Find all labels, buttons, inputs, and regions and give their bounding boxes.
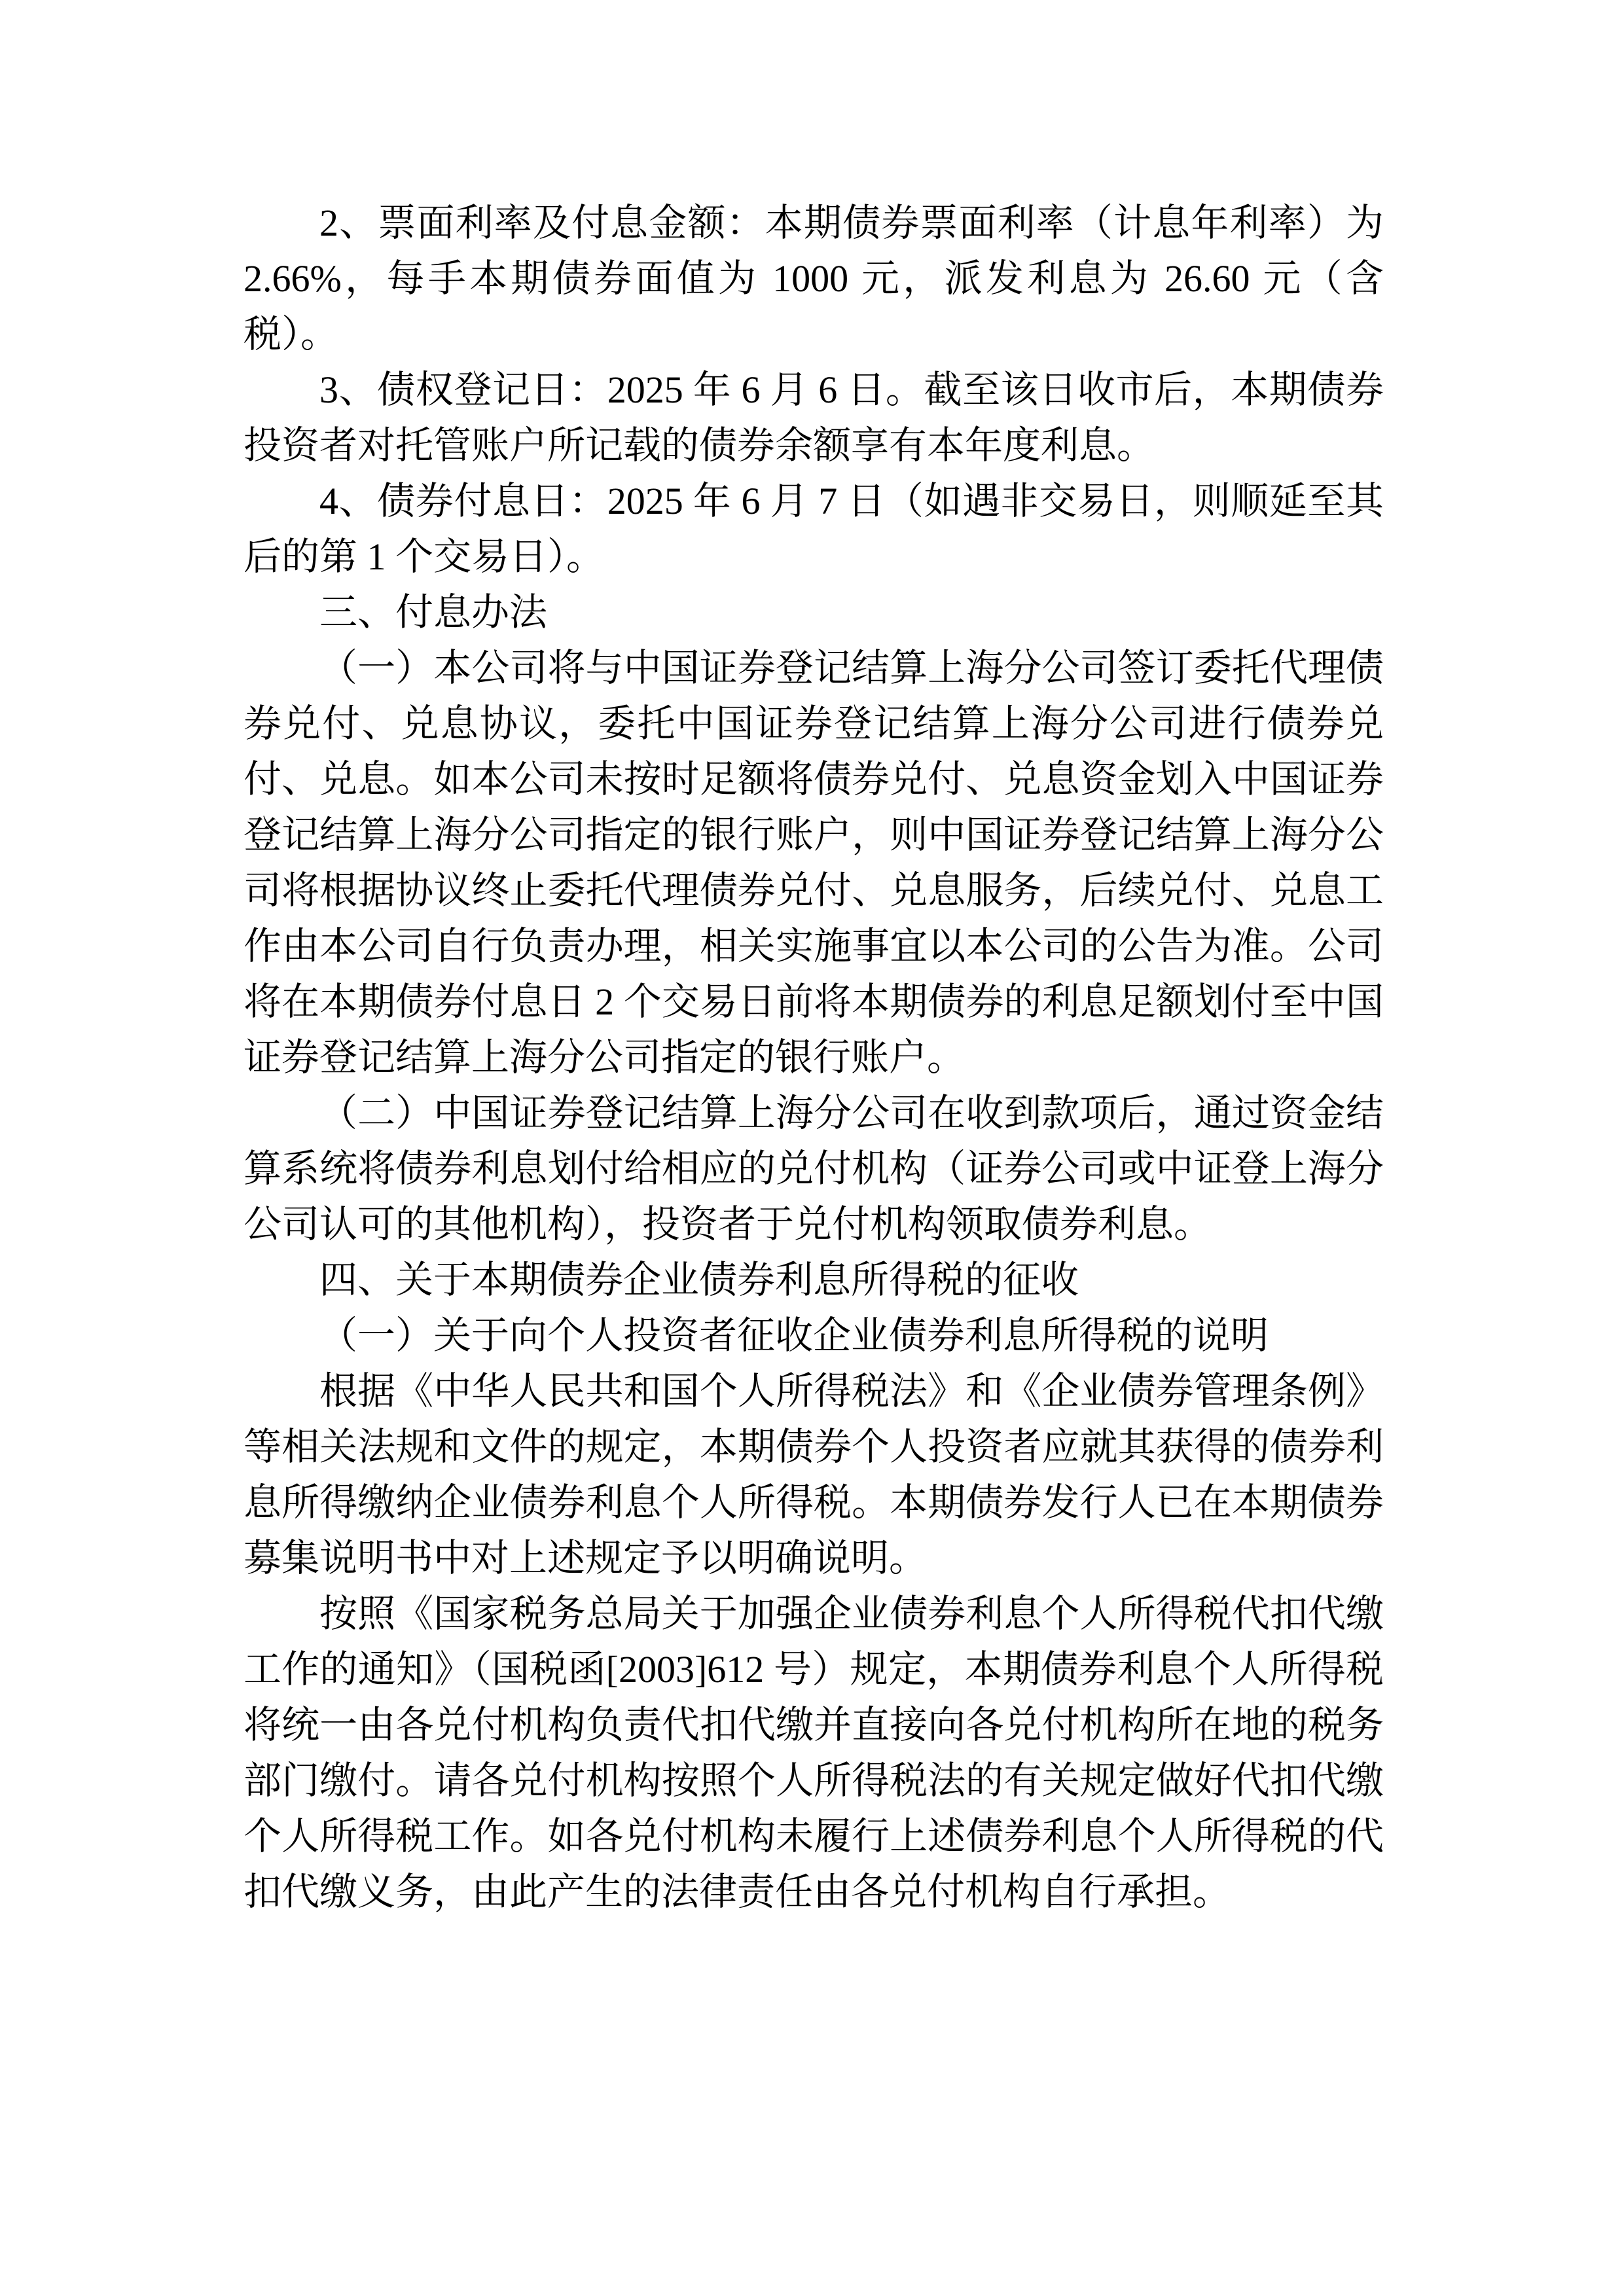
paragraph-payment-method-2: （二）中国证券登记结算上海分公司在收到款项后，通过资金结算系统将债券利息划付给相… <box>244 1085 1384 1252</box>
paragraph-coupon-rate: 2、票面利率及付息金额：本期债券票面利率（计息年利率）为 2.66%，每手本期债… <box>244 195 1384 362</box>
heading-individual-tax-note: （一）关于向个人投资者征收企业债券利息所得税的说明 <box>244 1308 1384 1363</box>
document-page: 2、票面利率及付息金额：本期债券票面利率（计息年利率）为 2.66%，每手本期债… <box>0 0 1624 2296</box>
paragraph-payment-method-1: （一）本公司将与中国证券登记结算上海分公司签订委托代理债券兑付、兑息协议，委托中… <box>244 640 1384 1085</box>
heading-interest-tax: 四、关于本期债券企业债券利息所得税的征收 <box>244 1252 1384 1308</box>
heading-payment-method: 三、付息办法 <box>244 584 1384 640</box>
paragraph-individual-tax-1: 根据《中华人民共和国个人所得税法》和《企业债券管理条例》等相关法规和文件的规定，… <box>244 1363 1384 1586</box>
paragraph-payment-date: 4、债券付息日：2025 年 6 月 7 日（如遇非交易日，则顺延至其后的第 1… <box>244 473 1384 584</box>
document-body: 2、票面利率及付息金额：本期债券票面利率（计息年利率）为 2.66%，每手本期债… <box>244 195 1384 1920</box>
paragraph-individual-tax-2: 按照《国家税务总局关于加强企业债券利息个人所得税代扣代缴工作的通知》（国税函[2… <box>244 1586 1384 1920</box>
paragraph-record-date: 3、债权登记日：2025 年 6 月 6 日。截至该日收市后，本期债券投资者对托… <box>244 362 1384 473</box>
